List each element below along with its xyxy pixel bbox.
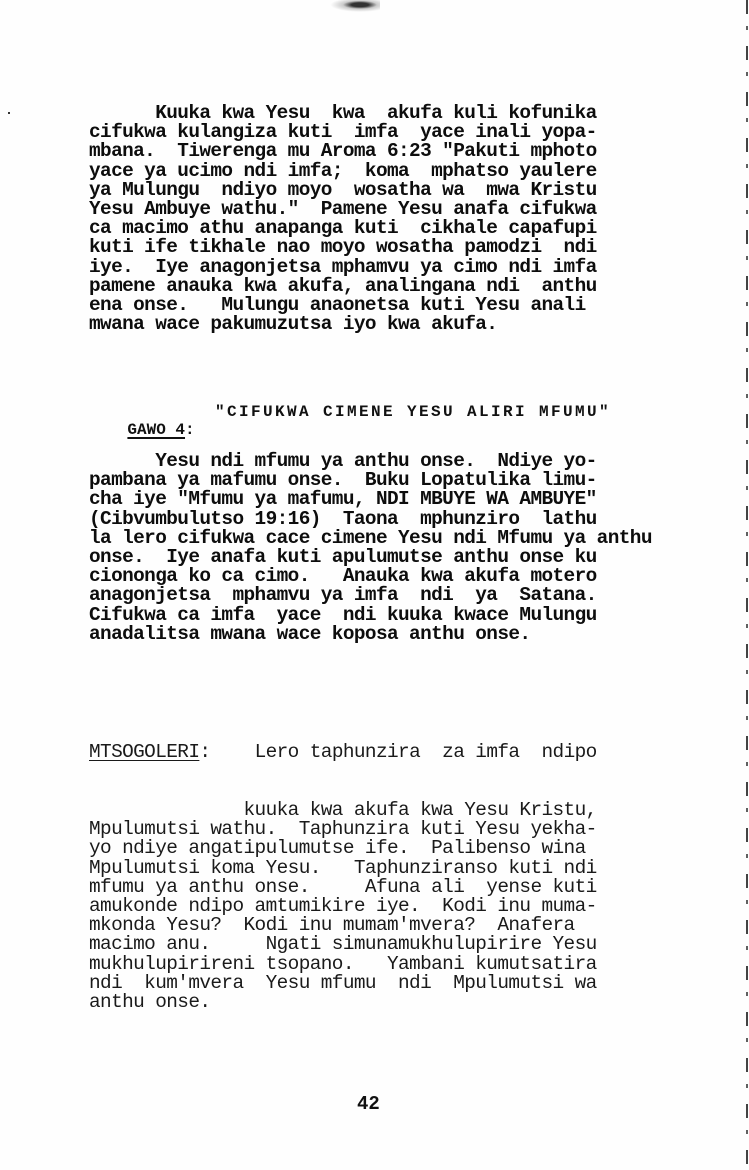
paragraph-leader: MTSOGOLERI: Lero taphunzira za imfa ndip…	[89, 705, 671, 1050]
text-line: mbana. Tiwerenga mu Aroma 6:23 "Pakuti m…	[89, 142, 671, 161]
leader-first-line-text: Lero taphunzira za imfa ndipo	[210, 741, 596, 763]
text-line: mwana wace pakumuzutsa iyo kwa akufa.	[89, 315, 671, 334]
leader-first-line: MTSOGOLERI: Lero taphunzira za imfa ndip…	[89, 743, 671, 762]
text-line: kuti ife tikhale nao moyo wosatha pamodz…	[89, 238, 671, 257]
text-line: ndi kum'mvera Yesu mfumu ndi Mpulumutsi …	[89, 974, 671, 993]
text-line: anagonjetsa mphamvu ya imfa ndi ya Satan…	[89, 586, 671, 605]
text-line: mukhulupirireni tsopano. Yambani kumutsa…	[89, 955, 671, 974]
page-number: 42	[357, 1093, 380, 1115]
section-title: "CIFUKWA CIMENE YESU ALIRI MFUMU"	[215, 403, 611, 421]
text-line: yace ya ucimo ndi imfa; koma mphatso yau…	[89, 162, 671, 181]
section-label-colon: :	[185, 421, 195, 439]
leader-label-colon: :	[199, 741, 210, 763]
text-line: anadalitsa mwana wace koposa anthu onse.	[89, 625, 671, 644]
text-line: cha iye "Mfumu ya mafumu, NDI MBUYE WA A…	[89, 490, 671, 509]
text-line: anthu onse.	[89, 993, 671, 1012]
text-line: yo ndiye angatipulumutse ife. Palibenso …	[89, 839, 671, 858]
text-line: iye. Iye anagonjetsa mphamvu ya cimo ndi…	[89, 258, 671, 277]
scan-smudge	[330, 0, 380, 12]
document-page: Kuuka kwa Yesu kwa akufa kuli kofunikaci…	[0, 0, 749, 1170]
text-line: (Cibvumbulutso 19:16) Taona mphunziro la…	[89, 510, 671, 529]
section-label: GAWO 4	[127, 421, 185, 439]
text-line: Mpulumutsi koma Yesu. Taphunziranso kuti…	[89, 859, 671, 878]
paragraph-king: Yesu ndi mfumu ya anthu onse. Ndiye yo-p…	[89, 452, 671, 644]
leader-label: MTSOGOLERI	[89, 741, 199, 763]
text-line: macimo anu. Ngati simunamukhulupirire Ye…	[89, 935, 671, 954]
text-line: pamene anauka kwa akufa, analingana ndi …	[89, 277, 671, 296]
paragraph-resurrection: Kuuka kwa Yesu kwa akufa kuli kofunikaci…	[89, 104, 671, 334]
scan-speck	[8, 112, 10, 114]
text-line: Cifukwa ca imfa yace ndi kuuka kwace Mul…	[89, 606, 671, 625]
page-edge-border	[746, 0, 748, 1170]
